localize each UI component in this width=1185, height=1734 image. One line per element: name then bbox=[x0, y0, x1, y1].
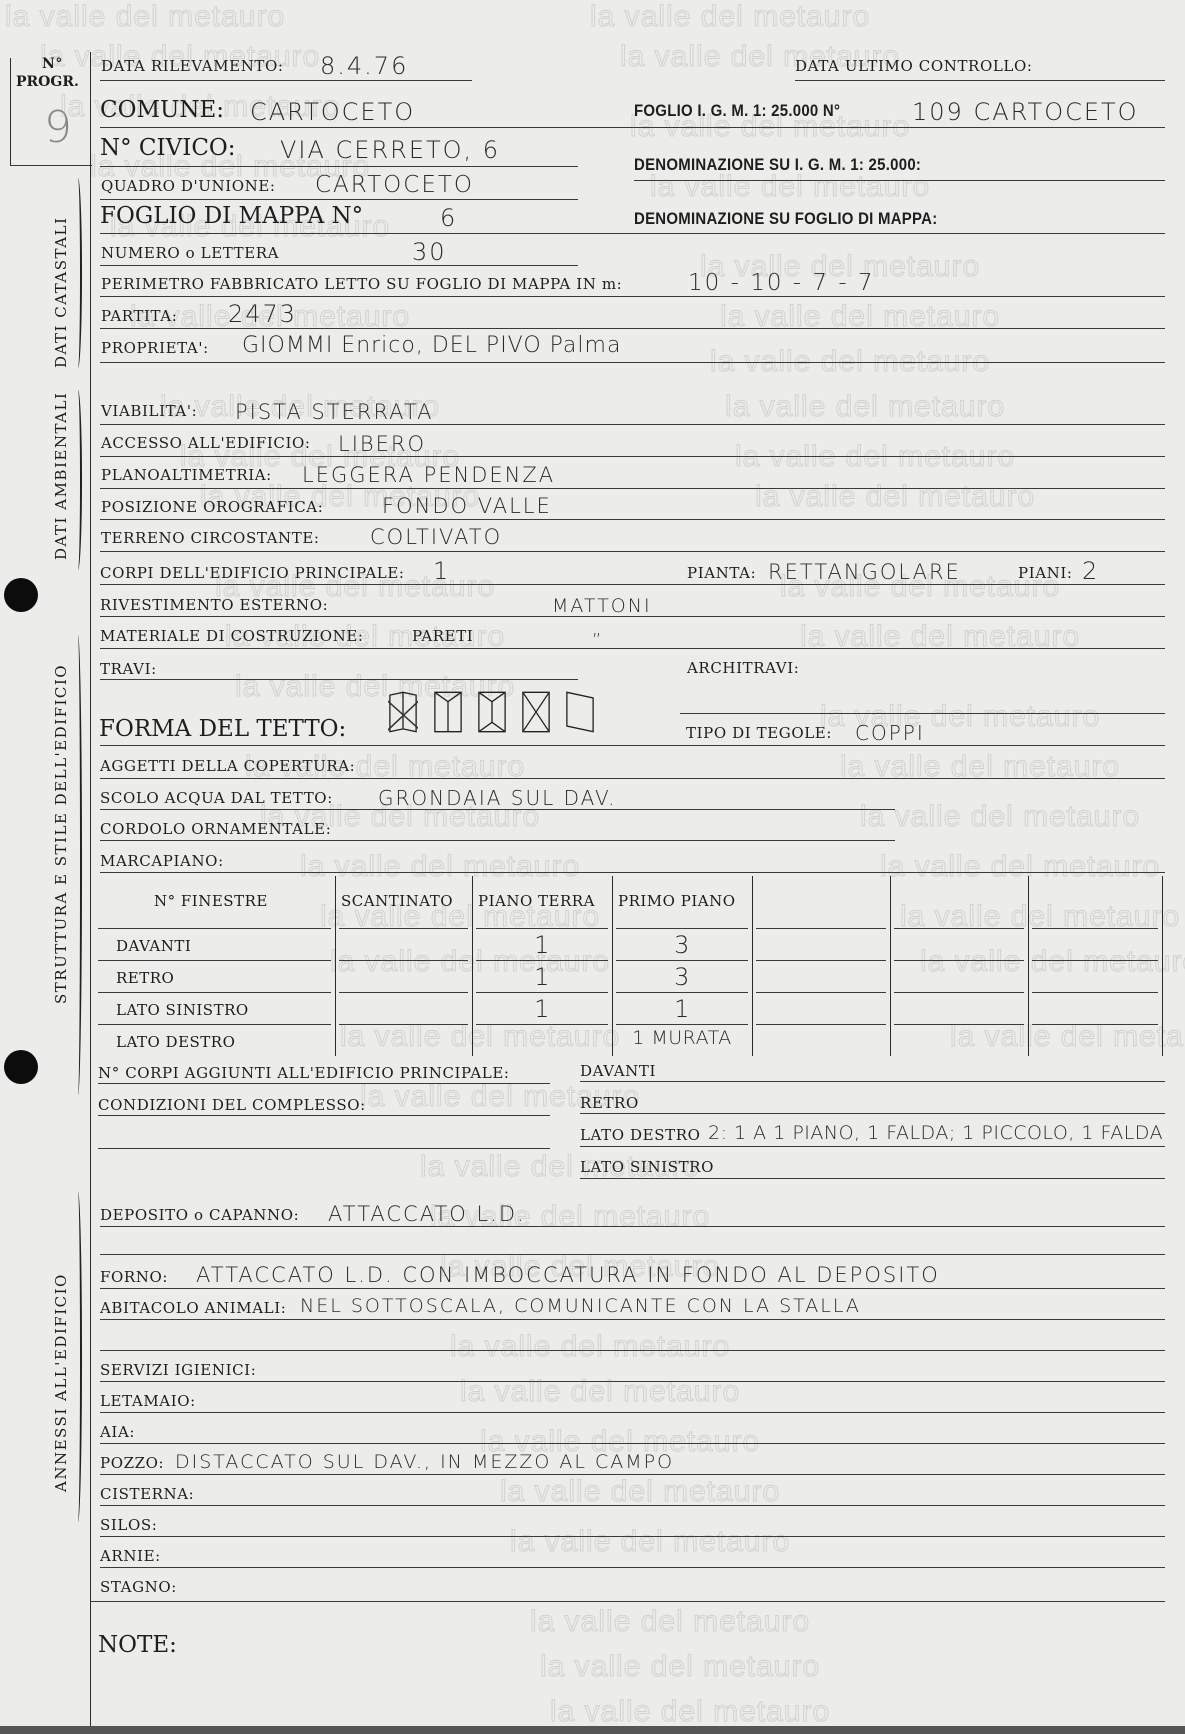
abitacolo-value[interactable]: NEL SOTTOSCALA, COMUNICANTE CON LA STALL… bbox=[300, 1295, 861, 1317]
denominazione-mappa-label: DENOMINAZIONE SU FOGLIO DI MAPPA: bbox=[634, 209, 937, 229]
rivestimento-value[interactable]: MATTONI bbox=[552, 595, 652, 617]
table-row-divider bbox=[339, 960, 468, 961]
binder-hole bbox=[4, 578, 38, 612]
perimetro-label: PERIMETRO FABBRICATO LETTO SU FOGLIO DI … bbox=[101, 275, 622, 293]
table-header: PIANO TERRA bbox=[478, 892, 595, 910]
table-row-label: LATO SINISTRO bbox=[116, 1001, 249, 1019]
aggetti-label: AGGETTI DELLA COPERTURA: bbox=[100, 757, 355, 775]
terreno-value[interactable]: COLTIVATO bbox=[370, 525, 502, 549]
table-cell[interactable]: 3 bbox=[612, 963, 752, 991]
watermark: la valle del metauro bbox=[950, 1020, 1185, 1054]
data-rilevamento-value[interactable]: 8.4.76 bbox=[320, 52, 408, 80]
accesso-value[interactable]: LIBERO bbox=[338, 432, 426, 456]
table-row-divider bbox=[98, 1024, 331, 1025]
table-row-divider bbox=[894, 992, 1024, 993]
proprieta-value[interactable]: GIOMMI Enrico, DEL PIVO Palma bbox=[242, 333, 621, 358]
watermark: la valle del metauro bbox=[450, 1330, 730, 1364]
table-row-label: DAVANTI bbox=[116, 937, 191, 955]
table-row-divider bbox=[476, 992, 608, 993]
posizione-value[interactable]: FONDO VALLE bbox=[382, 494, 552, 518]
comune-value[interactable]: CARTOCETO bbox=[250, 98, 415, 126]
pianta-label: PIANTA: bbox=[687, 564, 756, 582]
forno-value[interactable]: ATTACCATO L.D. CON IMBOCCATURA IN FONDO … bbox=[196, 1263, 940, 1287]
watermark: la valle del metauro bbox=[755, 480, 1035, 514]
aggiunti-davanti-label: DAVANTI bbox=[580, 1062, 656, 1080]
section-label-ambientali: DATI AMBIENTALI bbox=[52, 392, 70, 560]
margin-border bbox=[90, 52, 91, 1726]
numero-value[interactable]: 30 bbox=[412, 238, 447, 266]
pavilion-roof-icon[interactable] bbox=[521, 690, 551, 734]
watermark: la valle del metauro bbox=[590, 0, 870, 34]
foglio-igm-label: FOGLIO I. G. M. 1: 25.000 N° bbox=[634, 101, 840, 121]
table-row-label: LATO DESTRO bbox=[116, 1033, 235, 1051]
watermark: la valle del metauro bbox=[340, 1020, 620, 1054]
planoaltimetria-value[interactable]: LEGGERA PENDENZA bbox=[302, 463, 555, 487]
cordolo-label: CORDOLO ORNAMENTALE: bbox=[100, 820, 331, 838]
deposito-label: DEPOSITO o CAPANNO: bbox=[100, 1206, 299, 1224]
aggiunti-lato-sinistro-label: LATO SINISTRO bbox=[580, 1158, 714, 1176]
brace bbox=[72, 178, 82, 368]
silos-label: SILOS: bbox=[100, 1516, 157, 1534]
table-cell[interactable]: 1 bbox=[472, 995, 612, 1023]
materiale-label: MATERIALE DI COSTRUZIONE: bbox=[100, 627, 364, 645]
table-row-divider bbox=[339, 1024, 468, 1025]
proprieta-label: PROPRIETA': bbox=[101, 339, 209, 357]
pozzo-value[interactable]: DISTACCATO SUL DAV., IN MEZZO AL CAMPO bbox=[175, 1451, 674, 1473]
forno-label: FORNO: bbox=[100, 1268, 168, 1286]
rivestimento-label: RIVESTIMENTO ESTERNO: bbox=[100, 596, 328, 614]
section-label-struttura: STRUTTURA E STILE DELL'EDIFICIO bbox=[52, 664, 70, 1004]
table-header: N° FINESTRE bbox=[154, 892, 268, 910]
letamaio-label: LETAMAIO: bbox=[100, 1392, 196, 1410]
table-row-divider bbox=[1032, 960, 1158, 961]
stagno-label: STAGNO: bbox=[100, 1578, 177, 1596]
watermark: la valle del metauro bbox=[880, 850, 1160, 884]
table-row-divider bbox=[339, 928, 468, 929]
watermark: la valle del metauro bbox=[235, 670, 515, 704]
posizione-label: POSIZIONE OROGRAFICA: bbox=[101, 498, 323, 516]
table-row-divider bbox=[756, 1024, 886, 1025]
table-row-divider bbox=[476, 960, 608, 961]
watermark: la valle del metauro bbox=[510, 1525, 790, 1559]
brace bbox=[72, 390, 82, 570]
terreno-label: TERRENO CIRCOSTANTE: bbox=[101, 529, 320, 547]
table-header: SCANTINATO bbox=[341, 892, 453, 910]
foglio-igm-value[interactable]: 109 CARTOCETO bbox=[912, 98, 1139, 126]
forma-tetto-label: FORMA DEL TETTO: bbox=[99, 716, 346, 742]
table-row-divider bbox=[1032, 992, 1158, 993]
table-cell[interactable]: 1 bbox=[612, 995, 752, 1023]
partita-value[interactable]: 2473 bbox=[228, 300, 297, 328]
binder-hole bbox=[4, 1050, 38, 1084]
table-row-divider bbox=[98, 992, 331, 993]
progressivo-label: N° bbox=[42, 56, 63, 72]
aggiunti-retro-label: RETRO bbox=[580, 1094, 639, 1112]
note-field[interactable] bbox=[200, 1620, 1160, 1720]
data-rilevamento-label: DATA RILEVAMENTO: bbox=[101, 57, 284, 75]
foglio-mappa-label: FOGLIO DI MAPPA N° bbox=[100, 203, 363, 229]
table-column-divider bbox=[1028, 876, 1029, 1056]
viabilita-value[interactable]: PISTA STERRATA bbox=[235, 400, 433, 424]
table-row-divider bbox=[98, 960, 331, 961]
watermark: la valle del metauro bbox=[500, 1475, 780, 1509]
table-cell[interactable]: 3 bbox=[612, 931, 752, 959]
table-row-divider bbox=[616, 960, 748, 961]
watermark: la valle del metauro bbox=[725, 390, 1005, 424]
corpi-value[interactable]: 1 bbox=[433, 557, 450, 585]
table-row-divider bbox=[756, 992, 886, 993]
corpi-aggiunti-label: N° CORPI AGGIUNTI ALL'EDIFICIO PRINCIPAL… bbox=[98, 1064, 510, 1082]
planoaltimetria-label: PLANOALTIMETRIA: bbox=[101, 466, 272, 484]
cisterna-label: CISTERNA: bbox=[100, 1485, 194, 1503]
section-label-catastali: DATI CATASTALI bbox=[52, 217, 70, 368]
tegole-label: TIPO DI TEGOLE: bbox=[686, 724, 832, 742]
table-row-divider bbox=[1032, 928, 1158, 929]
hip-roof-icon[interactable] bbox=[477, 690, 507, 734]
foglio-mappa-value[interactable]: 6 bbox=[440, 204, 457, 232]
deposito-value[interactable]: ATTACCATO L.D. bbox=[328, 1202, 526, 1226]
watermark: la valle del metauro bbox=[860, 800, 1140, 834]
table-row-divider bbox=[1032, 1024, 1158, 1025]
data-ultimo-controllo-label: DATA ULTIMO CONTROLLO: bbox=[795, 57, 1033, 75]
watermark: la valle del metauro bbox=[735, 440, 1015, 474]
table-cell[interactable]: 1 bbox=[472, 963, 612, 991]
comune-label: COMUNE: bbox=[100, 97, 224, 123]
gable-roof-icon[interactable] bbox=[388, 690, 418, 734]
hip-end-roof-icon[interactable] bbox=[433, 690, 463, 734]
tegole-value[interactable]: COPPI bbox=[855, 721, 925, 745]
watermark: la valle del metauro bbox=[5, 0, 285, 34]
table-row-divider bbox=[616, 1024, 748, 1025]
aia-label: AIA: bbox=[100, 1423, 135, 1441]
watermark: la valle del metauro bbox=[300, 850, 580, 884]
table-row-divider bbox=[476, 1024, 608, 1025]
table-row-divider bbox=[616, 992, 748, 993]
progressivo-label: PROGR. bbox=[16, 74, 79, 90]
shed-roof-icon[interactable] bbox=[565, 690, 595, 734]
brace bbox=[72, 635, 82, 1095]
brace bbox=[72, 1192, 82, 1522]
quadro-value[interactable]: CARTOCETO bbox=[315, 172, 474, 198]
materiale-pareti-label: PARETI bbox=[412, 627, 473, 645]
table-row-divider bbox=[616, 928, 748, 929]
table-row-label: RETRO bbox=[116, 969, 174, 987]
quadro-label: QUADRO D'UNIONE: bbox=[101, 177, 276, 195]
denominazione-igm-label: DENOMINAZIONE SU I. G. M. 1: 25.000: bbox=[634, 155, 921, 175]
table-row-divider bbox=[756, 960, 886, 961]
table-row-divider bbox=[756, 928, 886, 929]
arnie-label: ARNIE: bbox=[100, 1547, 161, 1565]
table-cell[interactable]: 1 MURATA bbox=[612, 1027, 752, 1049]
piani-value[interactable]: 2 bbox=[1082, 557, 1099, 585]
architravi-label: ARCHITRAVI: bbox=[687, 659, 799, 677]
watermark: la valle del metauro bbox=[650, 170, 930, 204]
travi-label: TRAVI: bbox=[100, 660, 157, 678]
table-header: PRIMO PIANO bbox=[618, 892, 736, 910]
table-row-divider bbox=[476, 928, 608, 929]
condizioni-label: CONDIZIONI DEL COMPLESSO: bbox=[98, 1096, 366, 1114]
partita-label: PARTITA: bbox=[101, 307, 177, 325]
table-row-divider bbox=[894, 1024, 1024, 1025]
abitacolo-label: ABITACOLO ANIMALI: bbox=[100, 1299, 286, 1317]
piani-label: PIANI: bbox=[1018, 564, 1073, 582]
servizi-label: SERVIZI IGIENICI: bbox=[100, 1361, 256, 1379]
pianta-value[interactable]: RETTANGOLARE bbox=[768, 560, 961, 584]
table-row-divider bbox=[894, 928, 1024, 929]
civico-value[interactable]: VIA CERRETO, 6 bbox=[280, 136, 500, 164]
note-label: NOTE: bbox=[98, 1632, 177, 1658]
watermark: la valle del metauro bbox=[920, 945, 1185, 979]
scolo-value[interactable]: GRONDAIA SUL DAV. bbox=[378, 786, 617, 810]
table-column-divider bbox=[890, 876, 891, 1056]
table-row-divider bbox=[98, 928, 331, 929]
marcapiano-label: MARCAPIANO: bbox=[100, 852, 224, 870]
aggiunti-lato-destro-label: LATO DESTRO bbox=[580, 1126, 701, 1144]
scan-edge bbox=[0, 1726, 1185, 1734]
viabilita-label: VIABILITA': bbox=[101, 402, 197, 420]
table-row-divider bbox=[339, 992, 468, 993]
aggiunti-lato-destro-value[interactable]: 2: 1 A 1 PIANO, 1 FALDA; 1 PICCOLO, 1 FA… bbox=[708, 1122, 1163, 1144]
civico-label: N° CIVICO: bbox=[100, 135, 236, 161]
pozzo-label: POZZO: bbox=[100, 1454, 164, 1472]
scolo-label: SCOLO ACQUA DAL TETTO: bbox=[100, 789, 333, 807]
corpi-label: CORPI DELL'EDIFICIO PRINCIPALE: bbox=[100, 564, 405, 582]
table-column-divider bbox=[335, 876, 336, 1056]
table-row-divider bbox=[894, 960, 1024, 961]
perimetro-value[interactable]: 10 - 10 - 7 - 7 bbox=[688, 270, 875, 296]
section-label-annessi: ANNESSI ALL'EDIFICIO bbox=[52, 1273, 70, 1492]
table-column-divider bbox=[1162, 876, 1163, 1056]
numero-label: NUMERO o LETTERA bbox=[101, 244, 279, 262]
table-cell[interactable]: 1 bbox=[472, 931, 612, 959]
table-column-divider bbox=[752, 876, 753, 1056]
progressivo-value: 9 bbox=[44, 102, 74, 153]
accesso-label: ACCESSO ALL'EDIFICIO: bbox=[101, 434, 311, 452]
